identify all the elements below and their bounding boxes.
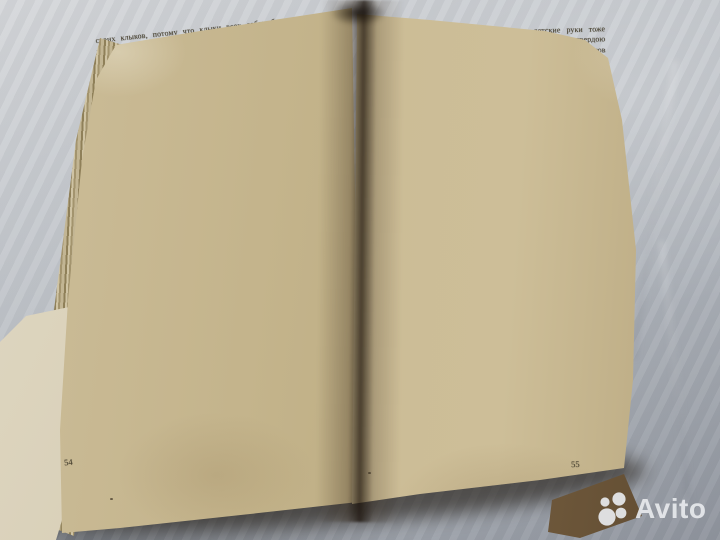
right-page-number: 55	[571, 459, 580, 469]
avito-logo-icon	[596, 491, 632, 527]
avito-watermark: Avito	[596, 491, 706, 527]
left-page-number: 54	[64, 457, 73, 468]
paper-speck	[110, 498, 113, 500]
avito-watermark-label: Avito	[635, 495, 706, 523]
book-gutter-shadow	[316, 0, 405, 522]
paper-speck	[368, 472, 371, 474]
book-photo: своих клыков, потому что клыки всех соба…	[0, 0, 720, 540]
book-gutter-top-shadow	[330, 0, 386, 26]
